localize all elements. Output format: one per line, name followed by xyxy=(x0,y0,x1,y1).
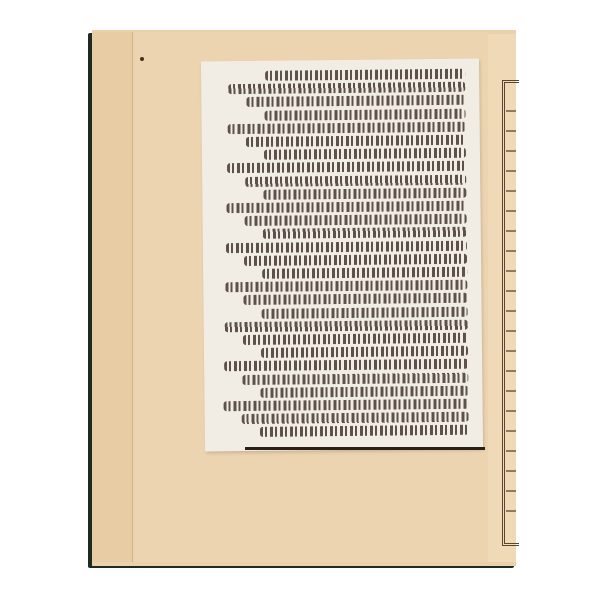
handwritten-line xyxy=(228,82,465,94)
handwritten-line xyxy=(245,214,467,226)
handwritten-line xyxy=(261,346,468,358)
handwritten-line xyxy=(262,267,467,279)
handwritten-line xyxy=(242,412,469,424)
handwritten-line xyxy=(244,253,467,265)
page-edges xyxy=(92,32,133,562)
handwritten-line xyxy=(225,319,468,332)
handwritten-line xyxy=(243,333,468,345)
handwritten-line xyxy=(243,293,467,305)
handwritten-line xyxy=(242,372,468,384)
ink-spot xyxy=(140,57,144,61)
handwritten-line xyxy=(228,121,466,133)
handwritten-line xyxy=(246,135,466,147)
handwritten-line xyxy=(263,227,467,239)
handwritten-line xyxy=(260,425,469,437)
handwritten-line xyxy=(265,69,465,81)
handwritten-insert xyxy=(201,59,483,452)
handwritten-line xyxy=(226,240,467,253)
handwritten-line xyxy=(262,306,468,318)
handwritten-line xyxy=(245,174,466,186)
handwritten-line xyxy=(224,359,468,372)
handwritten-line xyxy=(264,148,466,160)
insert-shadow xyxy=(245,447,485,450)
handwritten-line xyxy=(227,161,466,174)
handwritten-line xyxy=(263,187,466,199)
handwritten-line xyxy=(246,95,465,107)
handwritten-line xyxy=(226,201,466,214)
right-page-text xyxy=(506,100,516,520)
handwritten-line xyxy=(225,280,467,293)
handwritten-line xyxy=(260,385,468,397)
handwritten-line xyxy=(264,108,465,120)
handwritten-line xyxy=(224,399,469,412)
